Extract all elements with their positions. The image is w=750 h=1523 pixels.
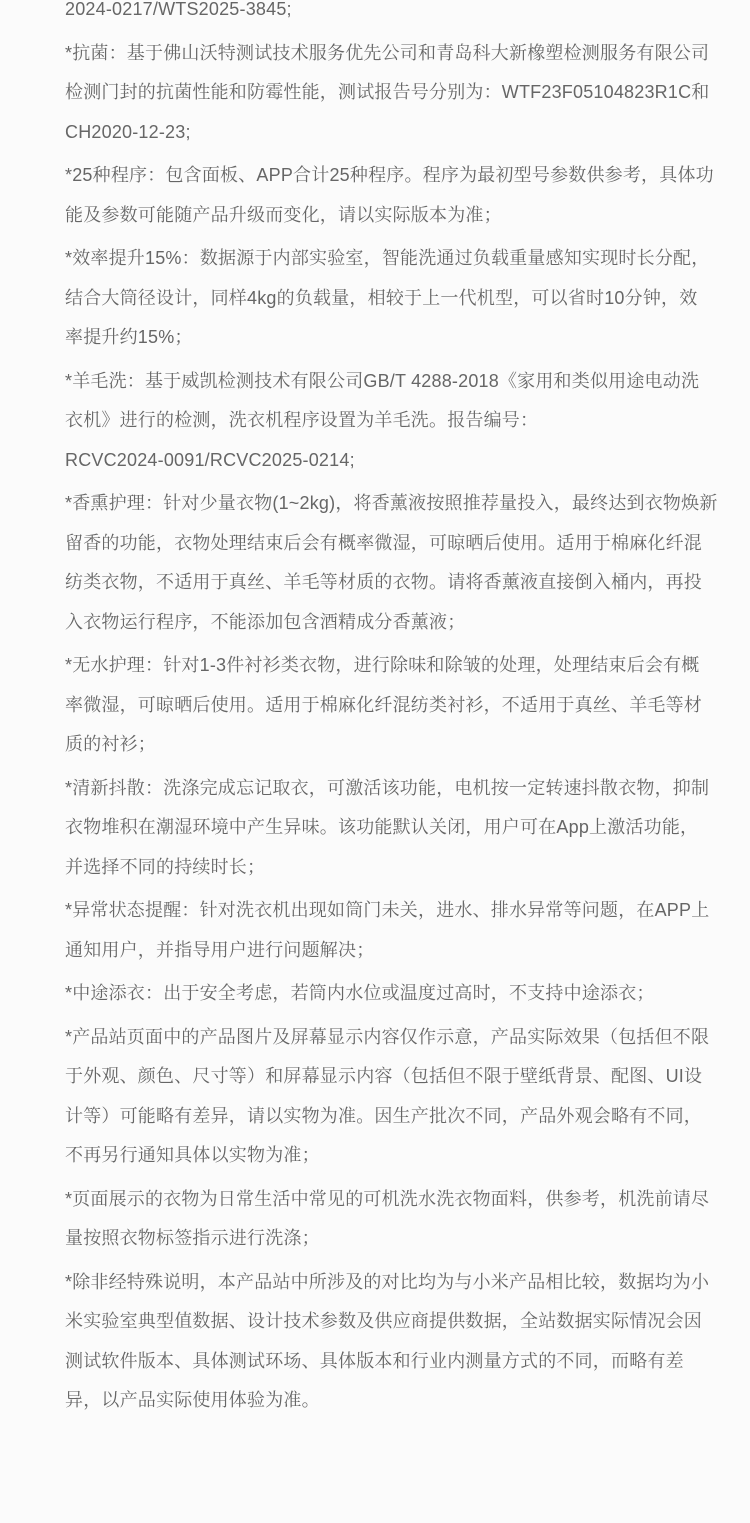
disclaimer-paragraph-abnormal-status-alert: *异常状态提醒：针对洗衣机出现如筒门未关，进水、排水异常等问题，在APP上通知用… xyxy=(65,891,700,970)
disclaimer-line: 并选择不同的持续时长； xyxy=(65,848,700,888)
disclaimer-line: *羊毛洗：基于威凯检测技术有限公司GB/T 4288-2018《家用和类似用途电… xyxy=(65,362,700,402)
disclaimer-paragraph-fresh-shake: *清新抖散：洗涤完成忘记取衣，可激活该功能，电机按一定转速抖散衣物，抑制衣物堆积… xyxy=(65,769,700,888)
disclaimer-list: 2024-0217/WTS2025-3845;*抗菌：基于佛山沃特测试技术服务优… xyxy=(65,0,700,1425)
disclaimer-line: 米实验室典型值数据、设计技术参数及供应商提供数据，全站数据实际情况会因 xyxy=(65,1302,700,1342)
disclaimer-line: 不再另行通知具体以实物为准； xyxy=(65,1136,700,1176)
disclaimer-line: 于外观、颜色、尺寸等）和屏幕显示内容（包括但不限于壁纸背景、配图、UI设 xyxy=(65,1057,700,1097)
disclaimer-line: 通知用户，并指导用户进行问题解决； xyxy=(65,931,700,971)
disclaimer-line: *无水护理：针对1-3件衬衫类衣物，进行除味和除皱的处理，处理结束后会有概 xyxy=(65,646,700,686)
disclaimer-line: 能及参数可能随产品升级而变化，请以实际版本为准； xyxy=(65,196,700,236)
disclaimer-line: *产品站页面中的产品图片及屏幕显示内容仅作示意，产品实际效果（包括但不限 xyxy=(65,1018,700,1058)
disclaimer-line: 纺类衣物，不适用于真丝、羊毛等材质的衣物。请将香薰液直接倒入桶内，再投 xyxy=(65,563,700,603)
disclaimer-line: *异常状态提醒：针对洗衣机出现如筒门未关，进水、排水异常等问题，在APP上 xyxy=(65,891,700,931)
disclaimer-paragraph-25-programs: *25种程序：包含面板、APP合计25种程序。程序为最初型号参数供参考，具体功能… xyxy=(65,156,700,235)
disclaimer-paragraph-displayed-clothes-notice: *页面展示的衣物为日常生活中常见的可机洗水洗衣物面料，供参考，机洗前请尽量按照衣… xyxy=(65,1180,700,1259)
disclaimer-line: 衣物堆积在潮湿环境中产生异味。该功能默认关闭，用户可在App上激活功能， xyxy=(65,808,700,848)
disclaimer-line: 异，以产品实际使用体验为准。 xyxy=(65,1381,700,1421)
disclaimer-paragraph-efficiency-15-percent: *效率提升15%：数据源于内部实验室，智能洗通过负载重量感知实现时长分配，结合大… xyxy=(65,239,700,358)
disclaimer-page: 2024-0217/WTS2025-3845;*抗菌：基于佛山沃特测试技术服务优… xyxy=(0,0,750,1523)
disclaimer-line: *除非经特殊说明，本产品站中所涉及的对比均为与小米产品相比较，数据均为小 xyxy=(65,1263,700,1303)
disclaimer-paragraph-fragrance-care: *香熏护理：针对少量衣物(1~2kg)，将香薰液按照推荐量投入，最终达到衣物焕新… xyxy=(65,484,700,642)
disclaimer-line: 2024-0217/WTS2025-3845; xyxy=(65,0,700,30)
disclaimer-line: 入衣物运行程序，不能添加包含酒精成分香薰液； xyxy=(65,603,700,643)
disclaimer-line: 测试软件版本、具体测试环场、具体版本和行业内测量方式的不同，而略有差 xyxy=(65,1342,700,1382)
disclaimer-line: 衣机》进行的检测，洗衣机程序设置为羊毛洗。报告编号： xyxy=(65,401,700,441)
disclaimer-line: 留香的功能，衣物处理结束后会有概率微湿，可晾晒后使用。适用于棉麻化纤混 xyxy=(65,524,700,564)
disclaimer-line: RCVC2024-0091/RCVC2025-0214; xyxy=(65,441,700,481)
disclaimer-paragraph-wool-wash: *羊毛洗：基于威凯检测技术有限公司GB/T 4288-2018《家用和类似用途电… xyxy=(65,362,700,481)
disclaimer-line: 计等）可能略有差异，请以实物为准。因生产批次不同，产品外观会略有不同， xyxy=(65,1097,700,1137)
disclaimer-line: 率微湿，可晾晒后使用。适用于棉麻化纤混纺类衬衫，不适用于真丝、羊毛等材 xyxy=(65,686,700,726)
disclaimer-line: *抗菌：基于佛山沃特测试技术服务优先公司和青岛科大新橡塑检测服务有限公司 xyxy=(65,34,700,74)
disclaimer-paragraph-comparison-data-notice: *除非经特殊说明，本产品站中所涉及的对比均为与小米产品相比较，数据均为小米实验室… xyxy=(65,1263,700,1421)
disclaimer-paragraph-antibacterial: *抗菌：基于佛山沃特测试技术服务优先公司和青岛科大新橡塑检测服务有限公司检测门封… xyxy=(65,34,700,153)
disclaimer-line: 量按照衣物标签指示进行洗涤； xyxy=(65,1219,700,1259)
disclaimer-paragraph-report-number-continuation: 2024-0217/WTS2025-3845; xyxy=(65,0,700,30)
disclaimer-line: 质的衬衫； xyxy=(65,725,700,765)
disclaimer-line: *中途添衣：出于安全考虑，若筒内水位或温度过高时，不支持中途添衣； xyxy=(65,974,700,1014)
disclaimer-line: 检测门封的抗菌性能和防霉性能，测试报告号分别为：WTF23F05104823R1… xyxy=(65,73,700,113)
disclaimer-line: *清新抖散：洗涤完成忘记取衣，可激活该功能，电机按一定转速抖散衣物，抑制 xyxy=(65,769,700,809)
disclaimer-line: *25种程序：包含面板、APP合计25种程序。程序为最初型号参数供参考，具体功 xyxy=(65,156,700,196)
disclaimer-line: *香熏护理：针对少量衣物(1~2kg)，将香薰液按照推荐量投入，最终达到衣物焕新 xyxy=(65,484,700,524)
disclaimer-line: *效率提升15%：数据源于内部实验室，智能洗通过负载重量感知实现时长分配， xyxy=(65,239,700,279)
disclaimer-paragraph-add-clothes-midway: *中途添衣：出于安全考虑，若筒内水位或温度过高时，不支持中途添衣； xyxy=(65,974,700,1014)
disclaimer-paragraph-product-images-notice: *产品站页面中的产品图片及屏幕显示内容仅作示意，产品实际效果（包括但不限于外观、… xyxy=(65,1018,700,1176)
disclaimer-line: CH2020-12-23; xyxy=(65,113,700,153)
disclaimer-line: *页面展示的衣物为日常生活中常见的可机洗水洗衣物面料，供参考，机洗前请尽 xyxy=(65,1180,700,1220)
disclaimer-line: 结合大筒径设计，同样4kg的负载量，相较于上一代机型，可以省时10分钟，效 xyxy=(65,279,700,319)
disclaimer-paragraph-waterless-care: *无水护理：针对1-3件衬衫类衣物，进行除味和除皱的处理，处理结束后会有概率微湿… xyxy=(65,646,700,765)
disclaimer-line: 率提升约15%； xyxy=(65,318,700,358)
